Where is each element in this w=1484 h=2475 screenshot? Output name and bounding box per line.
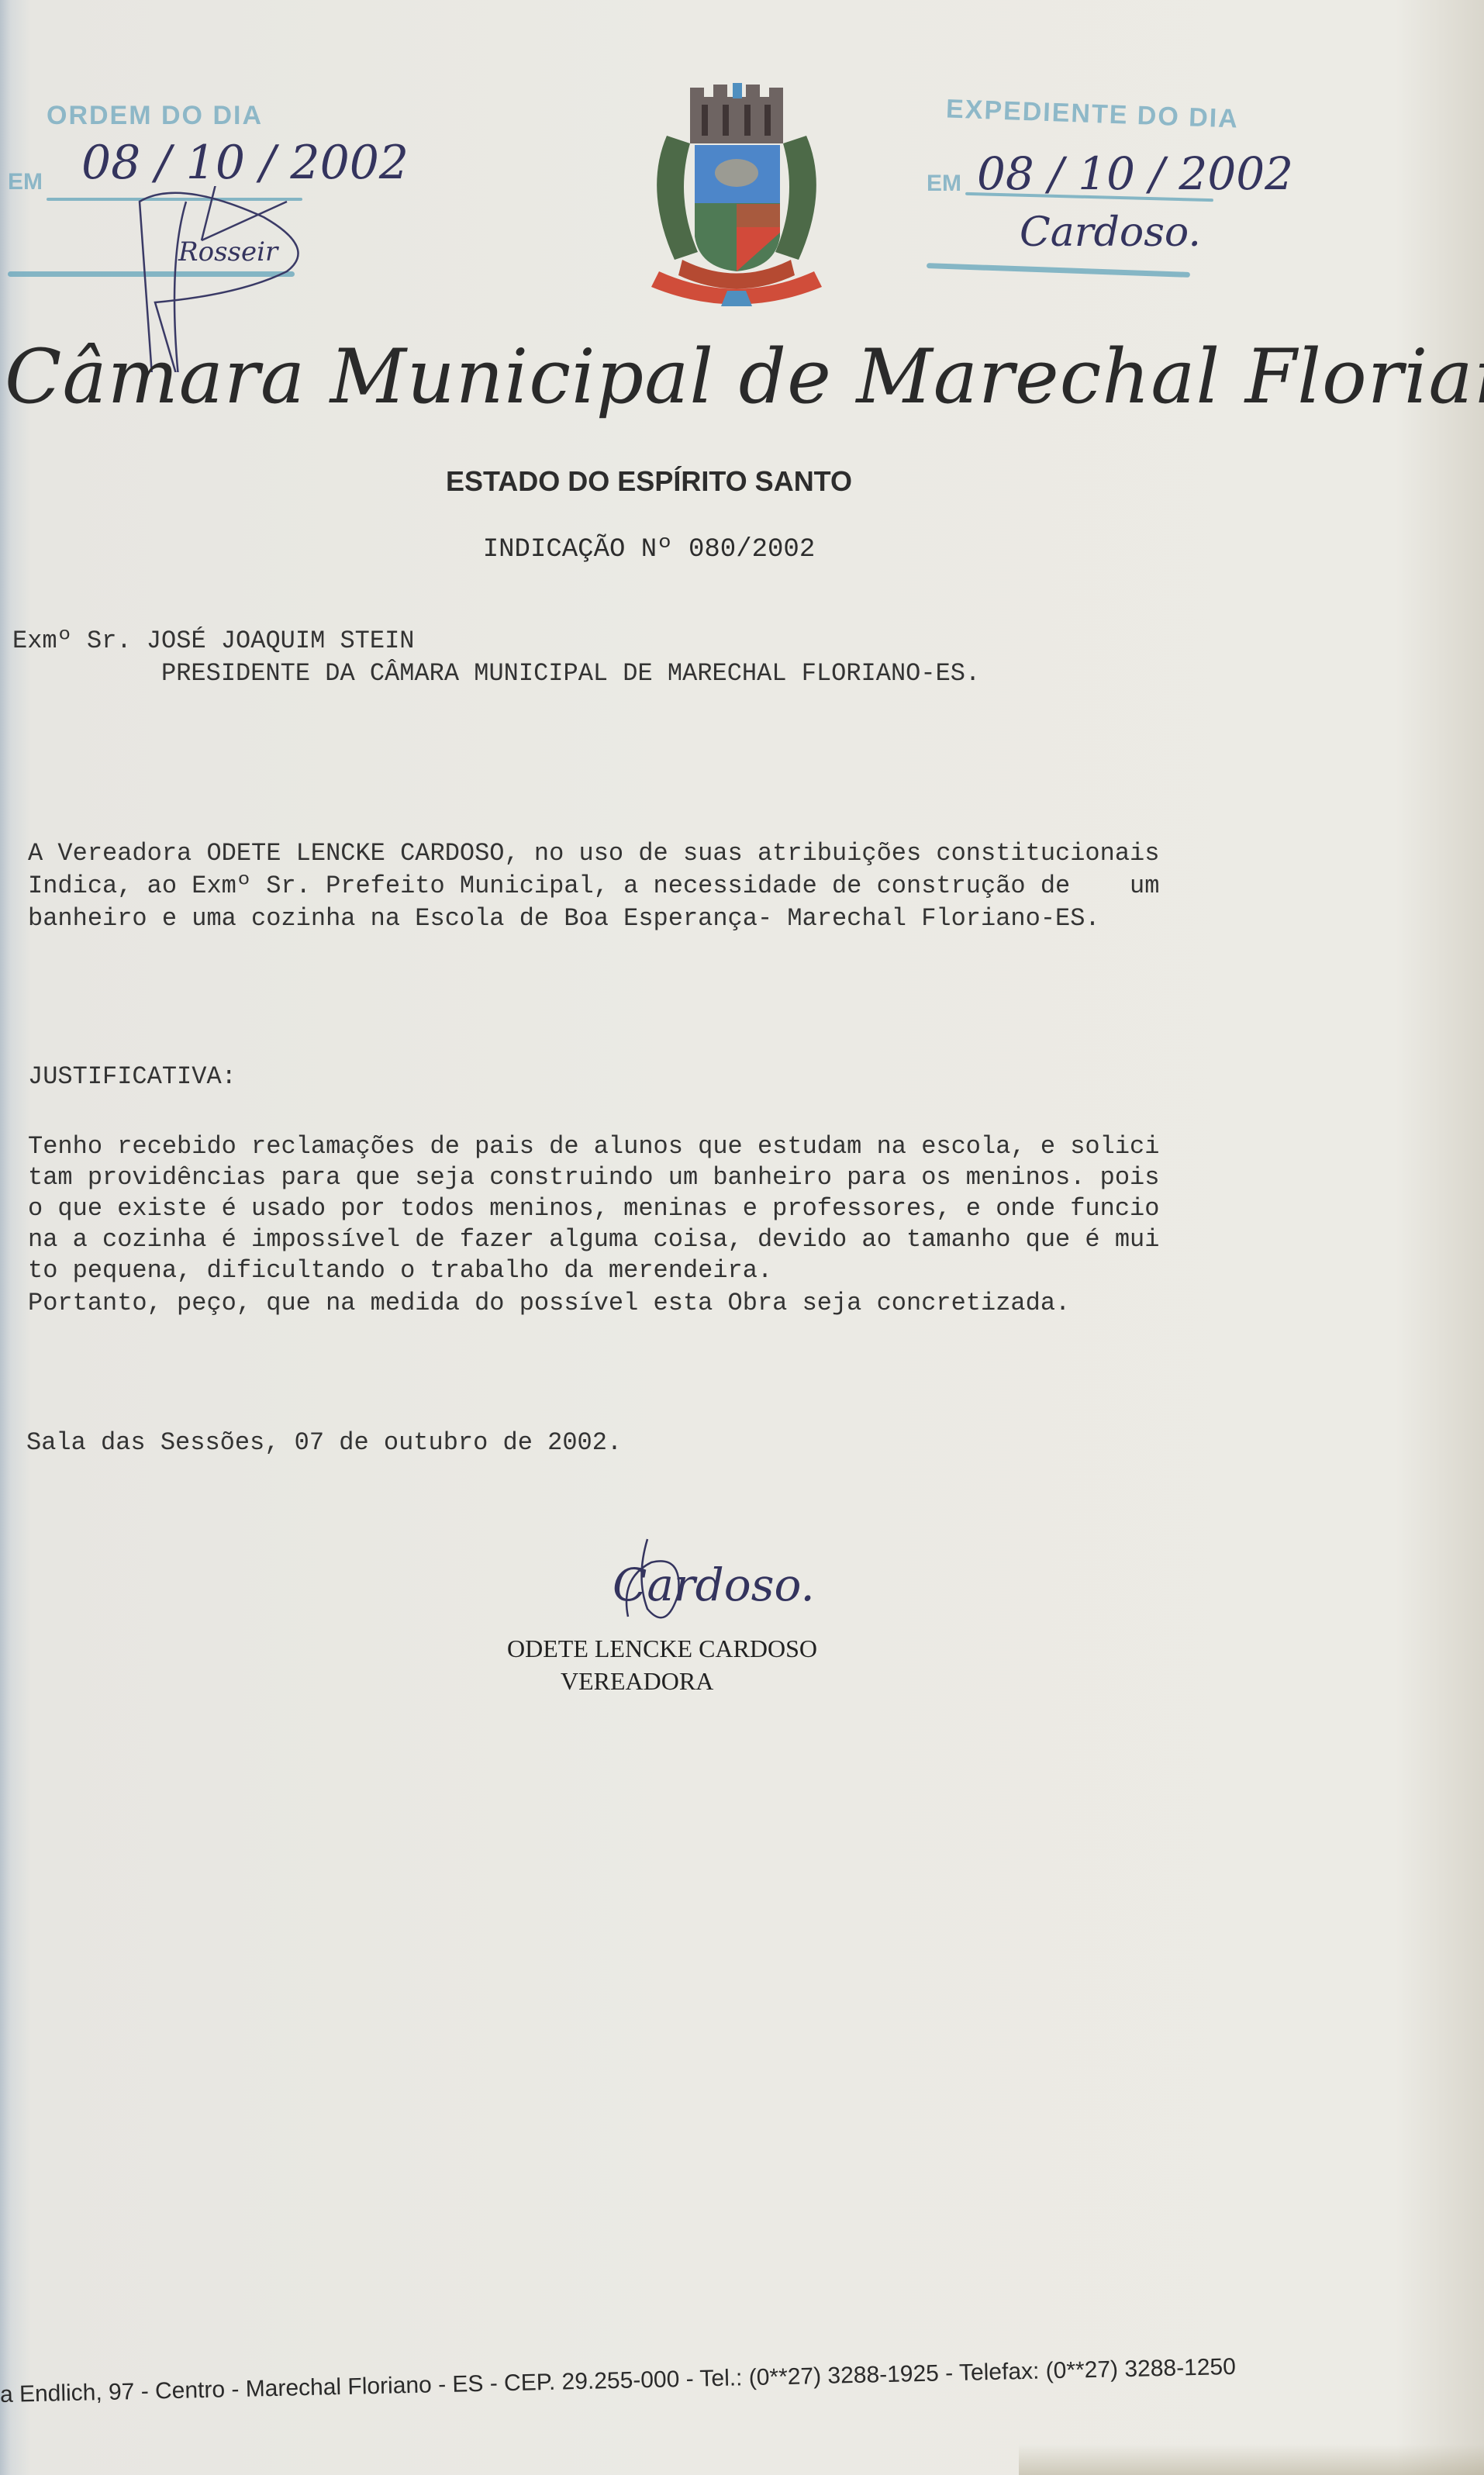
- stamp-signature: Rosseir: [178, 236, 278, 268]
- institution-name: Câmara Municipal de Marechal Floriano: [5, 333, 1369, 420]
- addressee-line-2: PRESIDENTE DA CÂMARA MUNICIPAL DE MARECH…: [161, 659, 980, 689]
- stamp-date: 08 / 10 / 2002: [81, 136, 409, 190]
- justification-line: to pequena, dificultando o trabalho da m…: [28, 1256, 772, 1286]
- justification-line: Tenho recebido reclamações de pais de al…: [28, 1132, 1159, 1162]
- addressee-line-1: Exmº Sr. JOSÉ JOAQUIM STEIN: [12, 627, 414, 656]
- justification-line: Portanto, peço, que na medida do possíve…: [28, 1289, 1070, 1318]
- stamp-prefix: EM: [927, 171, 961, 197]
- body-line: A Vereadora ODETE LENCKE CARDOSO, no uso…: [28, 839, 1159, 868]
- body-line: banheiro e uma cozinha na Escola de Boa …: [28, 904, 1100, 934]
- signer-name: ODETE LENCKE CARDOSO: [507, 1634, 817, 1663]
- document-number: INDICAÇÃO Nº 080/2002: [0, 535, 1484, 564]
- stamp-title: EXPEDIENTE DO DIA: [945, 94, 1239, 134]
- signer-title: VEREADORA: [561, 1667, 713, 1696]
- place-and-date: Sala das Sessões, 07 de outubro de 2002.: [26, 1428, 622, 1458]
- justification-heading: JUSTIFICATIVA:: [28, 1062, 236, 1092]
- justification-line: na a cozinha é impossível de fazer algum…: [28, 1225, 1159, 1255]
- body-line: Indica, ao Exmº Sr. Prefeito Municipal, …: [28, 872, 1159, 901]
- stamp-prefix: EM: [8, 169, 43, 195]
- stamp-date: 08 / 10 / 2002: [977, 147, 1293, 200]
- state-name: ESTADO DO ESPÍRITO SANTO: [0, 465, 1484, 498]
- signature-loop-icon: [613, 1531, 698, 1632]
- justification-line: tam providências para que seja construin…: [28, 1163, 1159, 1193]
- page-edge-shadow: [1019, 2444, 1484, 2475]
- municipal-coat-of-arms-icon: [636, 81, 837, 306]
- stamp-ordem-do-dia: ORDEM DO DIA EM 08 / 10 / 2002 Rosseir: [16, 93, 450, 326]
- document-page: ORDEM DO DIA EM 08 / 10 / 2002 Rosseir: [0, 0, 1484, 2475]
- footer-address: a Endlich, 97 - Centro - Marechal Floria…: [0, 2349, 1484, 2408]
- stamp-title: ORDEM DO DIA: [47, 101, 263, 131]
- stamp-expediente-do-dia: EXPEDIENTE DO DIA EM 08 / 10 / 2002 Card…: [919, 93, 1353, 295]
- stamp-signature: Cardoso.: [1020, 209, 1201, 256]
- justification-line: o que existe é usado por todos meninos, …: [28, 1194, 1159, 1224]
